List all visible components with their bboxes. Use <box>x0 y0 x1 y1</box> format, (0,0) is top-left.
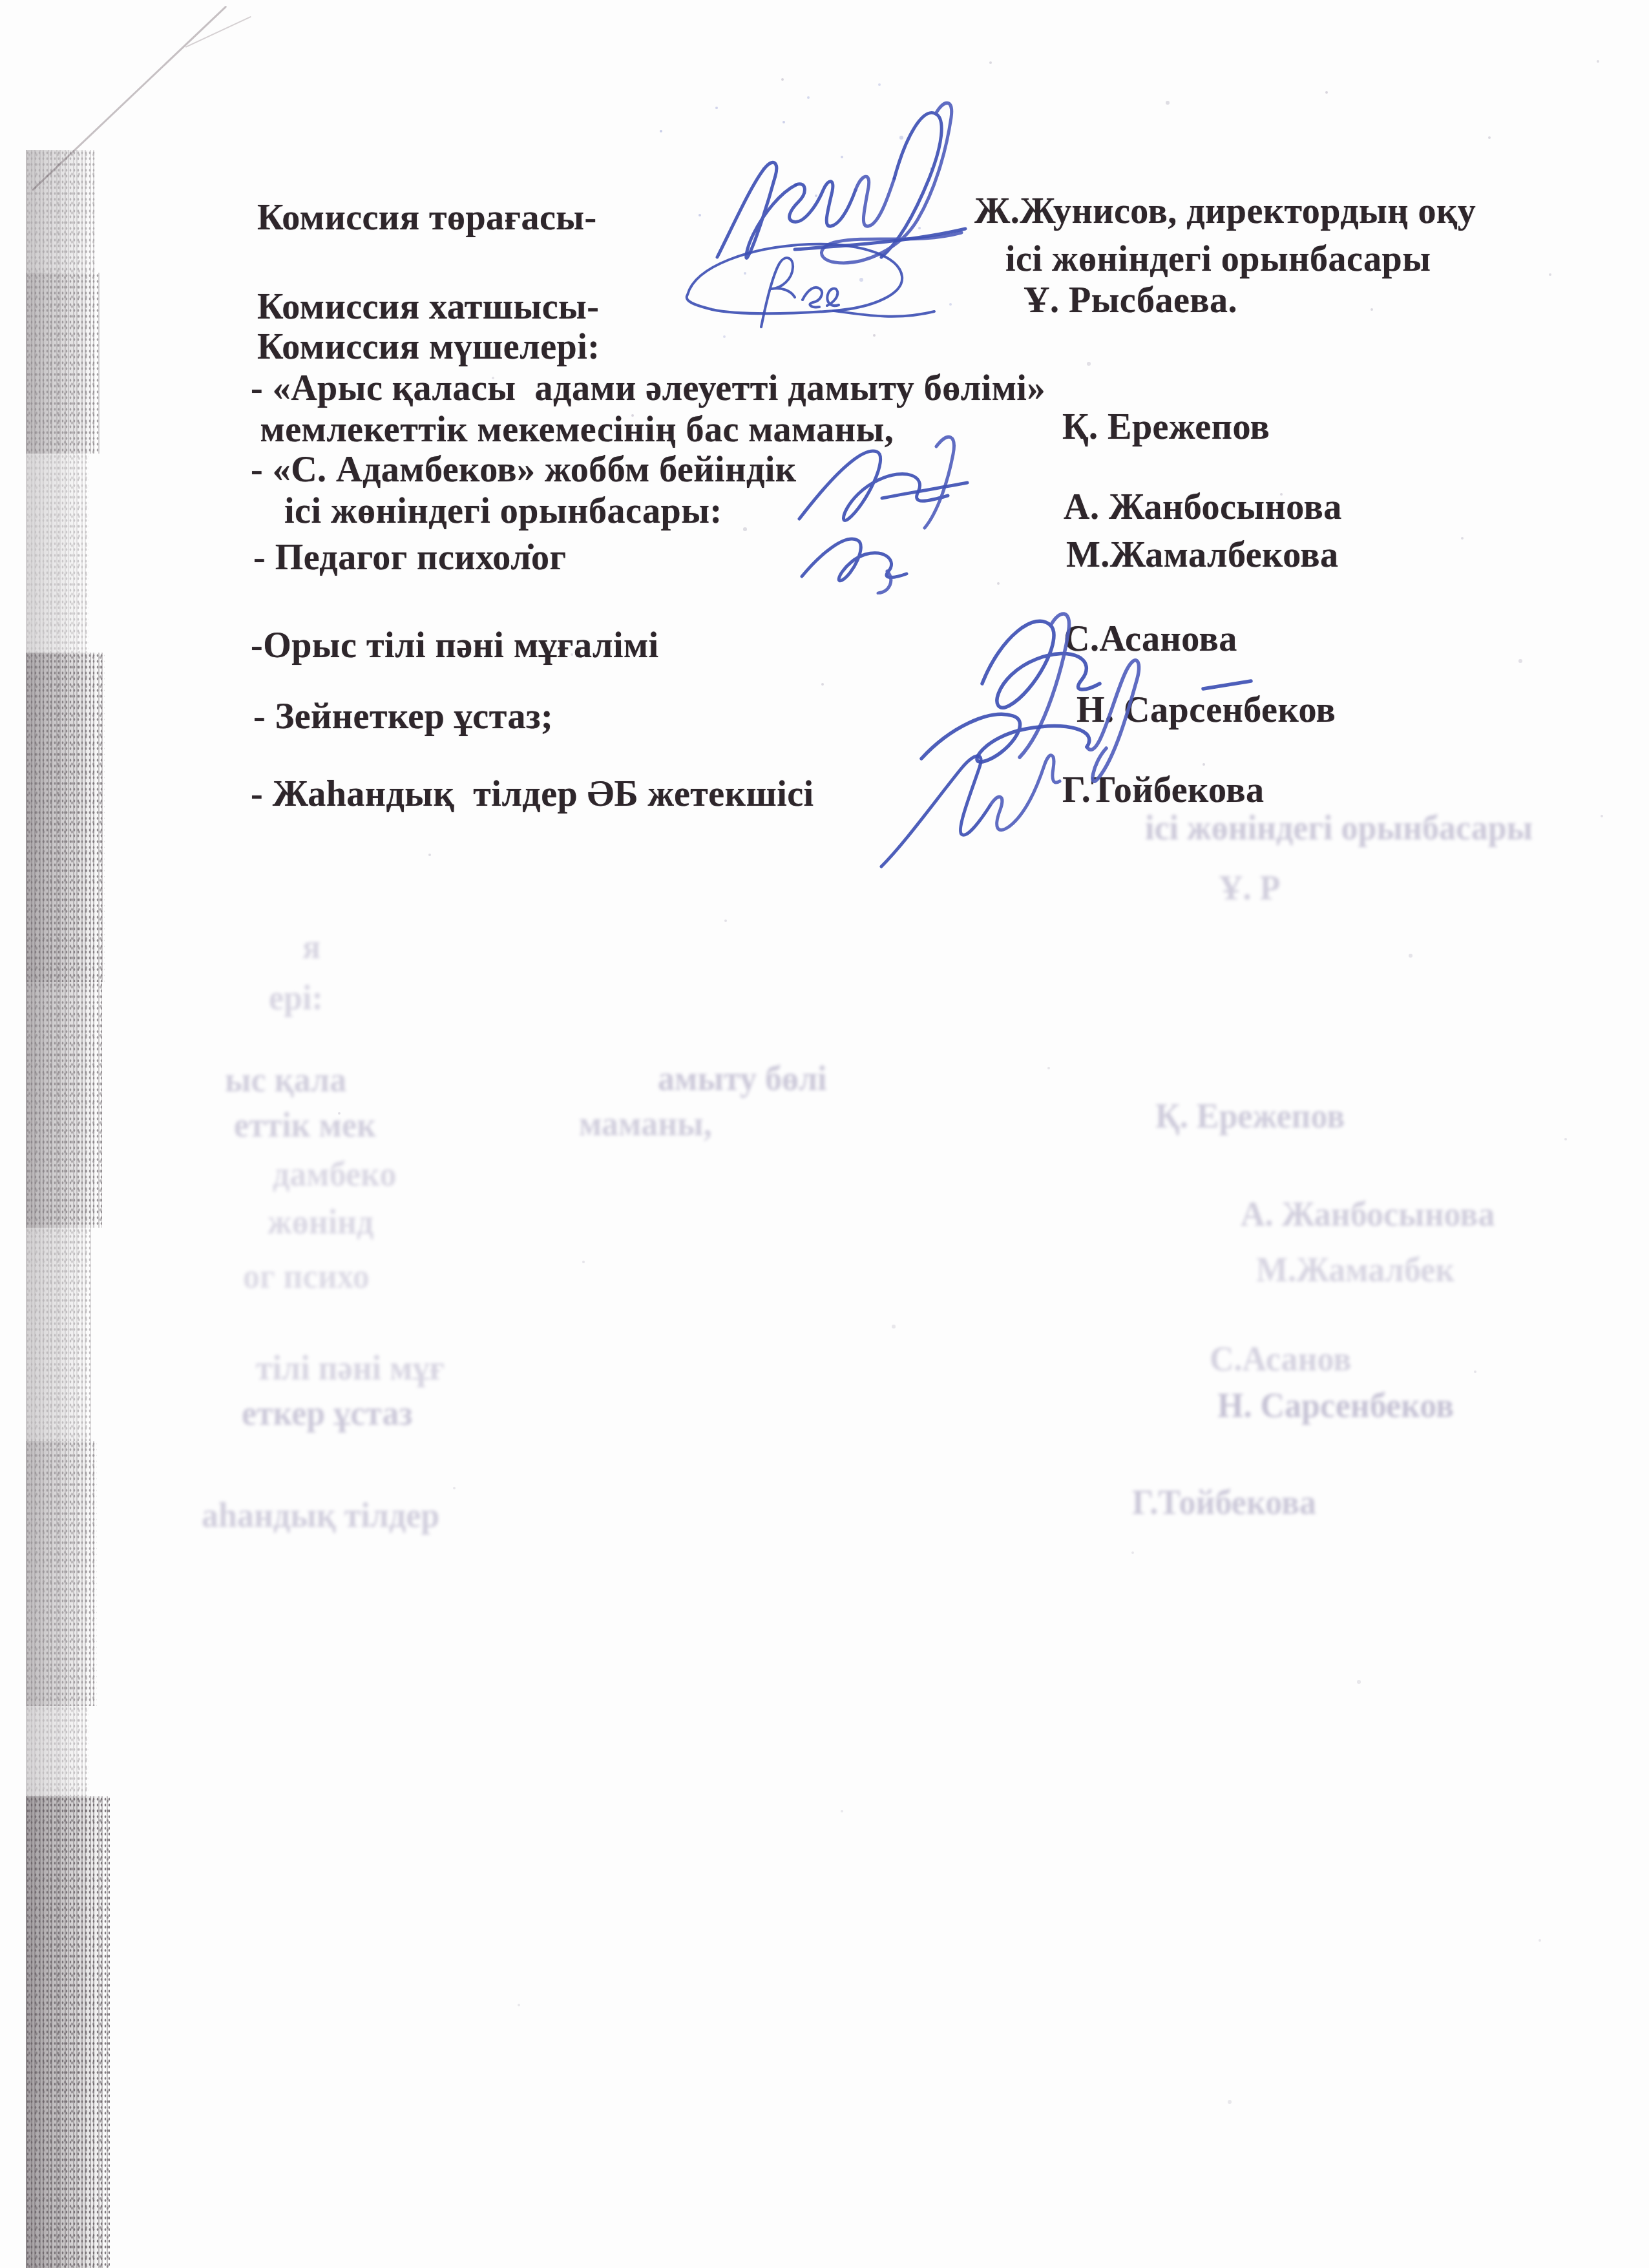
scanner-smudge-band <box>26 1441 97 1706</box>
label-member6-languages-head: - Жаһандық тілдер ӘБ жетекшісі <box>251 775 814 814</box>
ghost-text-fragment: жөнінд <box>268 1202 373 1242</box>
secretary-signature <box>666 233 943 333</box>
scanner-smudge-band <box>26 273 100 454</box>
ink-spray-dots <box>0 0 1 1</box>
ghost-text-fragment: дамбеко <box>273 1155 396 1194</box>
label-member3-pedagog: - Педагог психол̇ог <box>253 539 566 577</box>
ghost-text-fragment: М.Жамалбек <box>1256 1250 1455 1290</box>
name-member3: М.Жамалбекова <box>1066 536 1339 574</box>
ghost-text-fragment: ыс қала <box>225 1060 346 1100</box>
label-member1-line1: - «Арыс қаласы адами әлеуетті дамыту бөл… <box>251 370 1045 408</box>
ghost-text-fragment: ері: <box>269 978 323 1018</box>
ghost-text-fragment: Қ. Ережепов <box>1155 1097 1345 1136</box>
label-member2-line1: - «С. Адамбеков» жоббм бейіндік <box>251 451 797 489</box>
name-secretary: Ұ. Рысбаева. <box>1024 282 1237 320</box>
scanner-smudge-band <box>26 653 105 982</box>
ghost-text-fragment: я <box>302 927 320 967</box>
scanner-smudge-band <box>26 982 102 1228</box>
label-member4-russian-teacher: -Орыс тілі пәні мұғалімі <box>251 627 659 665</box>
label-member5-retired-teacher: - Зейнеткер ұстаз; <box>253 698 553 736</box>
label-member2-line2: ісі жөніндегі орынбасары: <box>284 492 722 530</box>
page-fold-crease-secondary <box>185 16 251 48</box>
ghost-text-fragment: С.Асанов <box>1210 1339 1351 1379</box>
ghost-text-fragment: Ұ. Р <box>1219 868 1280 908</box>
member6-signature <box>866 720 1086 888</box>
label-commission-members: Комиссия мүшелері: <box>257 328 600 366</box>
label-commission-chairman: Комиссия төрағасы- <box>257 199 597 237</box>
ghost-text-fragment: аһандық тілдер <box>202 1496 439 1535</box>
ghost-text-fragment: еттік мек <box>234 1106 376 1145</box>
scanner-smudge-band <box>26 150 96 273</box>
ghost-text-fragment: амыту бөлі <box>658 1059 827 1098</box>
ghost-text-fragment: маманы, <box>579 1104 712 1144</box>
scanner-smudge-band <box>26 1796 110 2268</box>
name-member2: А. Жанбосынова <box>1064 488 1342 527</box>
member3-signature <box>792 504 940 594</box>
scanner-smudge-band <box>26 1228 92 1441</box>
ghost-text-fragment: А. Жанбосынова <box>1241 1195 1495 1234</box>
scanner-smudge-band <box>26 1706 89 1796</box>
ghost-text-fragment: ог психо <box>243 1257 370 1296</box>
ghost-text-fragment: Г.Тойбекова <box>1132 1483 1316 1522</box>
name-member1: Қ. Ережепов <box>1062 408 1270 446</box>
ghost-text-fragment: ісі жөніндегі орынбасары <box>1145 808 1533 848</box>
ghost-text-fragment: тілі пәні мұғ <box>256 1349 445 1388</box>
name-chairman-line2: ісі жөніндегі орынбасары <box>1005 240 1431 278</box>
ghost-text-fragment: еткер ұстаз <box>242 1394 412 1433</box>
name-chairman-line1: Ж.Жунисов, директордың оқу <box>974 193 1476 231</box>
label-commission-secretary: Комиссия хатшысы- <box>257 288 599 326</box>
ghost-text-fragment: Н. Сарсенбеков <box>1217 1386 1454 1425</box>
scanned-document-page: Комиссия төрағасы- Комиссия хатшысы- Ком… <box>0 0 1649 2268</box>
scanner-smudge-band <box>26 454 89 653</box>
